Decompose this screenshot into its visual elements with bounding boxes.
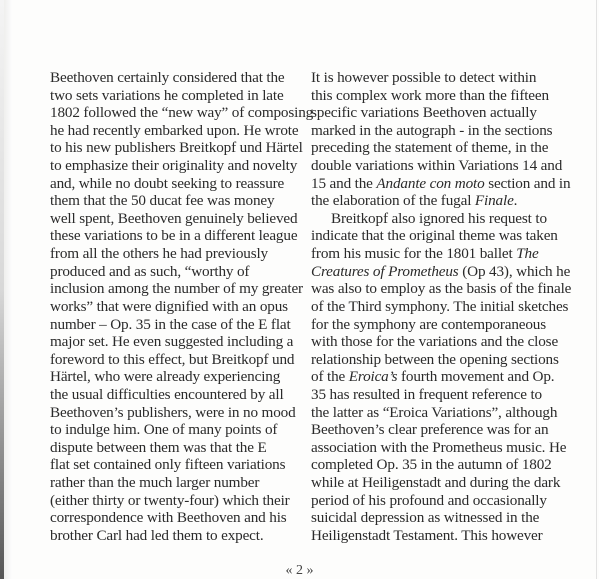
text-line: Creatures of Prometheus (Op 43), which h… xyxy=(311,263,556,281)
text-line: Beethoven certainly considered that the xyxy=(50,69,295,87)
text-line: for the symphony are contemporaneous xyxy=(311,316,556,334)
text-segment: of the xyxy=(311,368,349,385)
text-line: from all the others he had previously xyxy=(50,245,295,263)
text-line: from his music for the 1801 ballet The xyxy=(311,245,556,263)
text-line: suicidal depression as witnessed in the xyxy=(311,509,556,527)
text-line: to his new publishers Breitkopf und Härt… xyxy=(50,139,295,157)
text-line: the usual difficulties encountered by al… xyxy=(50,386,295,404)
italic-title: Finale xyxy=(475,192,514,209)
text-segment: indicate that the original theme was tak… xyxy=(311,227,558,244)
text-segment: period of his profound and occasionally xyxy=(311,492,547,509)
text-line: well spent, Beethoven genuinely believed xyxy=(50,210,295,228)
text-line: indicate that the original theme was tak… xyxy=(311,227,556,245)
text-line: 1802 followed the “new way” of composing xyxy=(50,104,295,122)
text-segment: this complex work more than the fifteen xyxy=(311,87,549,104)
text-segment: specific variations Beethoven actually xyxy=(311,104,537,121)
text-line: foreword to this effect, but Breitkopf u… xyxy=(50,351,295,369)
text-line: marked in the autograph - in the section… xyxy=(311,122,556,140)
text-line: Heiligenstadt Testament. This however xyxy=(311,527,556,545)
text-line: double variations within Variations 14 a… xyxy=(311,157,556,175)
text-line: completed Op. 35 in the autumn of 1802 xyxy=(311,456,556,474)
text-segment: the elaboration of the fugal xyxy=(311,192,475,209)
text-segment: for the symphony are contemporaneous xyxy=(311,316,546,333)
text-segment: with those for the variations and the cl… xyxy=(311,333,558,350)
text-segment: It is however possible to detect within xyxy=(311,69,536,86)
text-line: Härtel, who were already experiencing xyxy=(50,368,295,386)
page-binding-gradient xyxy=(4,0,12,579)
text-line: of the Eroica’s fourth movement and Op. xyxy=(311,368,556,386)
page-number: « 2 » xyxy=(0,563,599,579)
text-line: while at Heiligenstadt and during the da… xyxy=(311,474,556,492)
text-segment: of the Third symphony. The initial sketc… xyxy=(311,298,568,315)
text-line: this complex work more than the fifteen xyxy=(311,87,556,105)
text-line: Breitkopf also ignored his request to xyxy=(311,210,556,228)
text-line: them that the 50 ducat fee was money xyxy=(50,192,295,210)
text-segment: association with the Prometheus music. H… xyxy=(311,439,566,456)
text-segment: Beethoven’s clear preference was for an xyxy=(311,421,548,438)
text-segment: from his music for the 1801 ballet xyxy=(311,245,516,262)
text-line: Beethoven’s clear preference was for an xyxy=(311,421,556,439)
italic-title: Creatures of Prometheus xyxy=(311,263,459,280)
text-line: relationship between the opening section… xyxy=(311,351,556,369)
text-segment: relationship between the opening section… xyxy=(311,351,559,368)
italic-title: The xyxy=(516,245,538,262)
text-line: major set. He even suggested including a xyxy=(50,333,295,351)
text-segment: (Op 43), which he xyxy=(459,263,571,280)
italic-title: Andante con moto xyxy=(376,175,484,192)
text-line: the latter as “Eroica Variations”, altho… xyxy=(311,404,556,422)
text-line: of the Third symphony. The initial sketc… xyxy=(311,298,556,316)
text-segment: suicidal depression as witnessed in the xyxy=(311,509,539,526)
text-segment: 35 has resulted in frequent reference to xyxy=(311,386,542,403)
text-line: two sets variations he completed in late xyxy=(50,87,295,105)
text-segment: 15 and the xyxy=(311,175,376,192)
text-segment: was also to employ as the basis of the f… xyxy=(311,280,571,297)
text-line: he had recently embarked upon. He wrote xyxy=(50,122,295,140)
text-segment: fourth movement and Op. xyxy=(397,368,554,385)
text-line: 35 has resulted in frequent reference to xyxy=(311,386,556,404)
text-line: period of his profound and occasionally xyxy=(311,492,556,510)
text-line: association with the Prometheus music. H… xyxy=(311,439,556,457)
text-line: to indulge him. One of many points of xyxy=(50,421,295,439)
text-line: these variations to be in a different le… xyxy=(50,227,295,245)
text-line: flat set contained only fifteen variatio… xyxy=(50,456,295,474)
page-edge-line xyxy=(596,0,597,579)
text-line: the elaboration of the fugal Finale. xyxy=(311,192,556,210)
text-segment: while at Heiligenstadt and during the da… xyxy=(311,474,560,491)
text-line: was also to employ as the basis of the f… xyxy=(311,280,556,298)
text-line: to emphasize their originality and novel… xyxy=(50,157,295,175)
text-segment: the latter as “Eroica Variations”, altho… xyxy=(311,404,557,421)
right-text-column: It is however possible to detect withint… xyxy=(311,69,556,544)
text-line: dispute between them was that the E xyxy=(50,439,295,457)
text-line: inclusion among the number of my greater xyxy=(50,280,295,298)
text-line: rather than the much larger number xyxy=(50,474,295,492)
text-line: Beethoven’s publishers, were in no mood xyxy=(50,404,295,422)
text-segment: . xyxy=(514,192,518,209)
text-line: It is however possible to detect within xyxy=(311,69,556,87)
text-segment: double variations within Variations 14 a… xyxy=(311,157,562,174)
text-line: number – Op. 35 in the case of the E fla… xyxy=(50,316,295,334)
text-line: preceding the statement of theme, in the xyxy=(311,139,556,157)
text-line: produced and as such, “worthy of xyxy=(50,263,295,281)
text-segment: marked in the autograph - in the section… xyxy=(311,122,552,139)
left-text-column: Beethoven certainly considered that the … xyxy=(50,69,295,544)
text-line: 15 and the Andante con moto section and … xyxy=(311,175,556,193)
text-segment: preceding the statement of theme, in the xyxy=(311,139,548,156)
text-line: (either thirty or twenty-four) which the… xyxy=(50,492,295,510)
booklet-page: Beethoven certainly considered that the … xyxy=(0,0,599,579)
text-line: and, while no doubt seeking to reassure xyxy=(50,175,295,193)
text-segment: section and in xyxy=(485,175,571,192)
text-segment: Breitkopf also ignored his request to xyxy=(331,210,547,227)
text-line: brother Carl had led them to expect. xyxy=(50,527,295,545)
text-segment: Heiligenstadt Testament. This however xyxy=(311,527,543,544)
text-line: specific variations Beethoven actually xyxy=(311,104,556,122)
text-line: with those for the variations and the cl… xyxy=(311,333,556,351)
text-line: works” that were dignified with an opus xyxy=(50,298,295,316)
text-segment: completed Op. 35 in the autumn of 1802 xyxy=(311,456,552,473)
italic-title: Eroica’s xyxy=(349,368,398,385)
text-line: correspondence with Beethoven and his xyxy=(50,509,295,527)
